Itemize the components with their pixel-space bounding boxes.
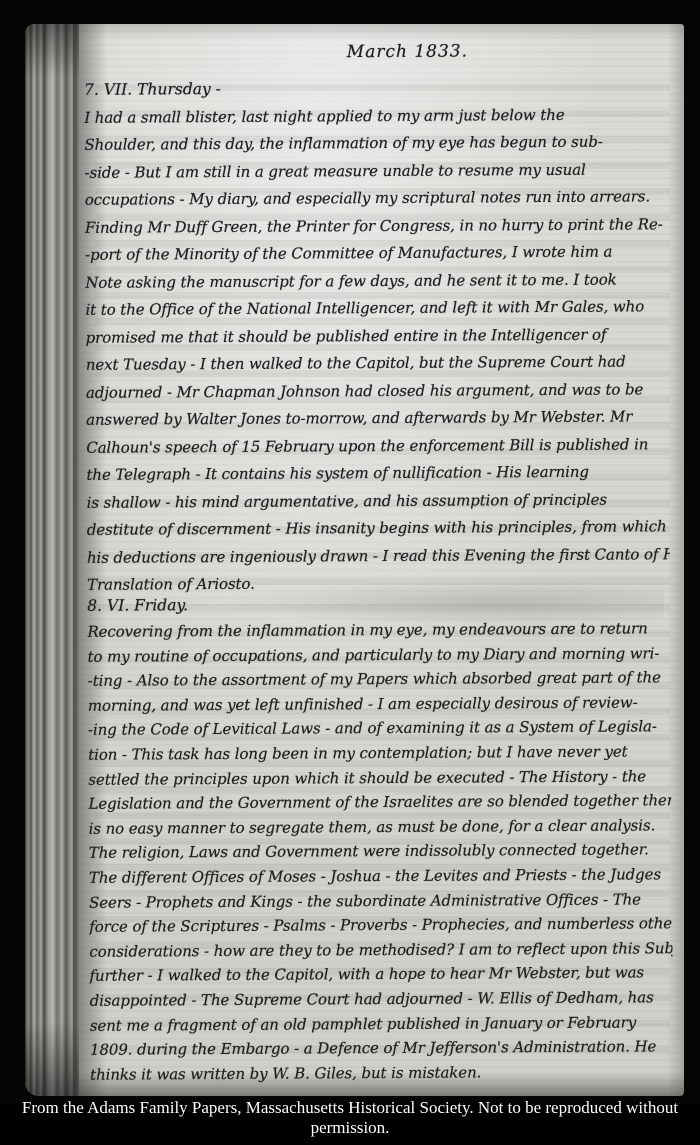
manuscript-line: to my routine of occupations, and partic… <box>87 641 670 669</box>
manuscript-line: further - I walked to the Capitol, with … <box>89 961 672 989</box>
credit-caption: From the Adams Family Papers, Massachuse… <box>0 1098 700 1138</box>
page-date-heading: March 1833. <box>84 40 667 70</box>
manuscript-line: his deductions are ingeniously drawn - I… <box>87 541 670 572</box>
manuscript-line: promised me that it should be published … <box>86 321 669 352</box>
manuscript-line: Note asking the manuscript for a few day… <box>85 266 668 297</box>
entry-heading: 8. VI. Friday. <box>87 589 670 620</box>
manuscript-line: next Tuesday - I then walked to the Capi… <box>86 348 669 379</box>
manuscript-line: Calhoun's speech of 15 February upon the… <box>86 431 669 462</box>
manuscript-content: March 1833. 7. VII. Thursday - I had a s… <box>84 36 673 1087</box>
diary-entry-friday: 8. VI. Friday. Recovering from the infla… <box>87 589 673 1087</box>
manuscript-line: it to the Office of the National Intelli… <box>85 293 668 324</box>
manuscript-line: The different Offices of Moses - Joshua … <box>89 862 672 890</box>
manuscript-line: Seers - Prophets and Kings - the subordi… <box>89 887 672 915</box>
manuscript-line: -ting - Also to the assortment of my Pap… <box>88 665 671 693</box>
manuscript-line: tion - This task has long been in my con… <box>88 739 671 767</box>
manuscript-line: I had a small blister, last night applie… <box>84 101 667 132</box>
manuscript-line: Recovering from the inflammation in my e… <box>87 616 670 644</box>
manuscript-line: Legislation and the Government of the Is… <box>88 788 671 816</box>
manuscript-line: -ing the Code of Levitical Laws - and of… <box>88 715 671 743</box>
manuscript-page: March 1833. 7. VII. Thursday - I had a s… <box>25 24 684 1096</box>
manuscript-line: -side - But I am still in a great measur… <box>85 156 668 187</box>
manuscript-line: Shoulder, and this day, the inflammation… <box>84 128 667 159</box>
entry-body: I had a small blister, last night applie… <box>84 101 670 600</box>
manuscript-line: force of the Scriptures - Psalms - Prove… <box>89 911 672 939</box>
manuscript-line: The religion, Laws and Government were i… <box>89 838 672 866</box>
manuscript-line: occupations - My diary, and especially m… <box>85 183 668 214</box>
credit-caption-bar: From the Adams Family Papers, Massachuse… <box>0 1103 700 1145</box>
manuscript-line: answered by Walter Jones to-morrow, and … <box>86 403 669 434</box>
manuscript-line: -port of the Minority of the Committee o… <box>85 238 668 269</box>
manuscript-line: is shallow - his mind argumentative, and… <box>87 486 670 517</box>
manuscript-line: morning, and was yet left unfinished - I… <box>88 690 671 718</box>
entry-body: Recovering from the inflammation in my e… <box>87 616 673 1087</box>
scanned-diary-image: March 1833. 7. VII. Thursday - I had a s… <box>0 0 700 1145</box>
manuscript-line: thinks it was written by W. B. Giles, bu… <box>90 1059 673 1087</box>
manuscript-line: sent me a fragment of an old pamphlet pu… <box>90 1010 673 1038</box>
manuscript-line: destitute of discernment - His insanity … <box>87 513 670 544</box>
manuscript-line: is no easy manner to segregate them, as … <box>89 813 672 841</box>
manuscript-line: 1809. during the Embargo - a Defence of … <box>90 1034 673 1062</box>
diary-entry-thursday: 7. VII. Thursday - I had a small blister… <box>84 73 670 599</box>
manuscript-line: disappointed - The Supreme Court had adj… <box>90 985 673 1013</box>
manuscript-line: Finding Mr Duff Green, the Printer for C… <box>85 211 668 242</box>
manuscript-line: settled the principles upon which it sho… <box>88 764 671 792</box>
book-page-edges-texture <box>25 24 79 1096</box>
entry-heading: 7. VII. Thursday - <box>84 73 667 104</box>
manuscript-line: the Telegraph - It contains his system o… <box>86 458 669 489</box>
manuscript-line: adjourned - Mr Chapman Johnson had close… <box>86 376 669 407</box>
manuscript-line: considerations - how are they to be meth… <box>89 936 672 964</box>
